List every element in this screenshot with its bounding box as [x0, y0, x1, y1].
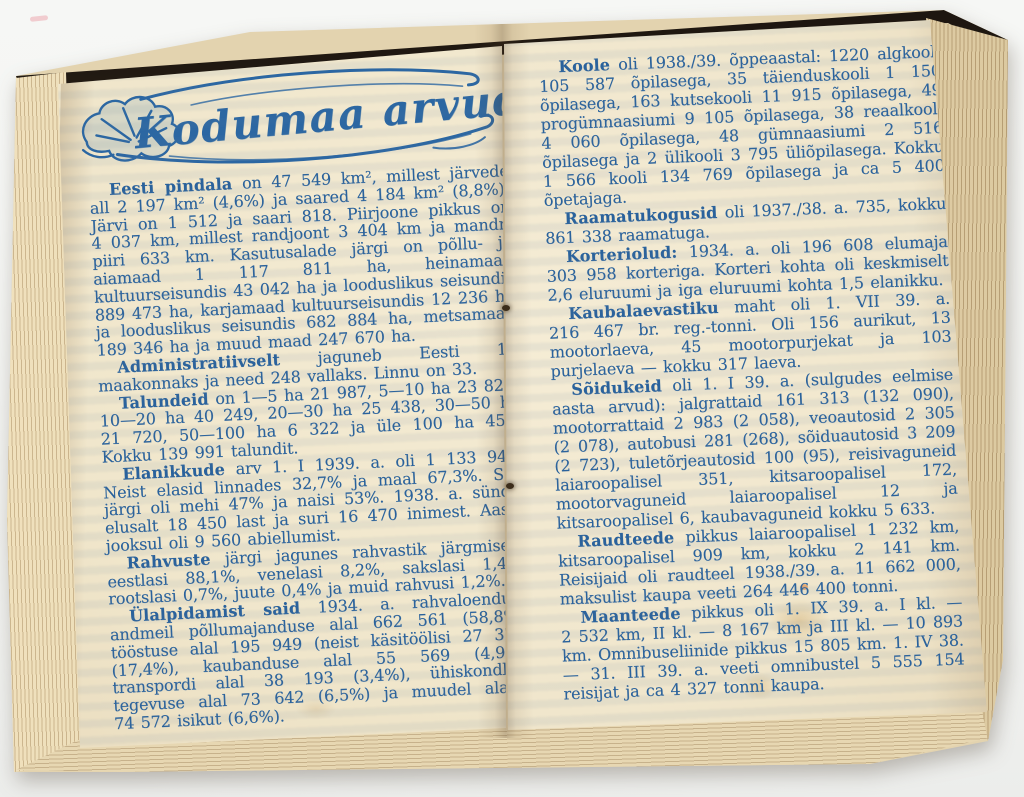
- binding-hole: [502, 305, 510, 311]
- paragraph: Ülalpidamist said 1934. a. rahvaloenduse…: [109, 589, 534, 733]
- book-shadow-wrap: Kodumaa arvudes Eesti pindala on 47 549 …: [0, 0, 1024, 797]
- right-page-text: Koole oli 1938./39. õppeaastal: 1220 alg…: [538, 42, 966, 704]
- paragraph: Eesti pindala on 47 549 km², millest jär…: [89, 162, 517, 360]
- paragraph: Koole oli 1938./39. õppeaastal: 1220 alg…: [538, 42, 946, 210]
- book-gutter: [474, 24, 534, 738]
- paragraph: Maanteede pikkus oli 1. IX 39. a. I kl. …: [560, 592, 965, 703]
- book-scan: Kodumaa arvudes Eesti pindala on 47 549 …: [0, 0, 1024, 797]
- paragraph-lead: Koole: [558, 55, 610, 76]
- left-page-text: Kodumaa arvudes Eesti pindala on 47 549 …: [84, 64, 534, 733]
- chapter-heading: Kodumaa arvudes: [70, 60, 514, 177]
- paragraph: Sõidukeid oli 1. I 39. a. (sulgudes eelm…: [551, 365, 959, 533]
- binding-hole: [506, 483, 514, 489]
- open-book: Kodumaa arvudes Eesti pindala on 47 549 …: [0, 0, 1024, 797]
